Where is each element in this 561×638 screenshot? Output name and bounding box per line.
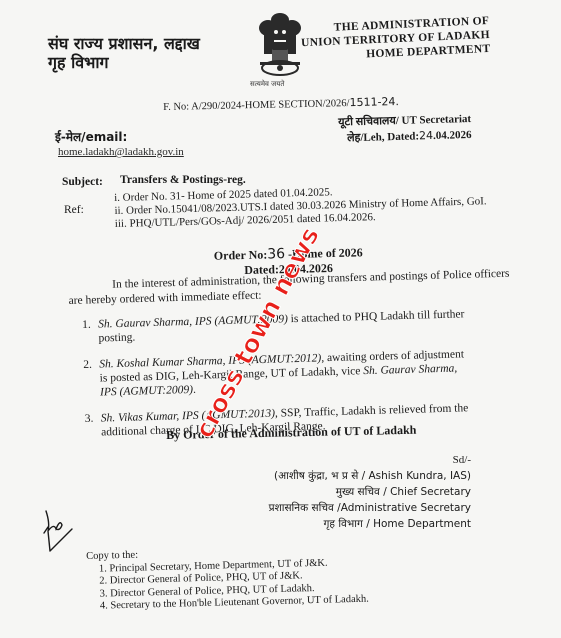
order-number-handwritten: 36 <box>267 246 285 262</box>
ref-label: Ref: <box>64 204 84 216</box>
posting-item: 1. Sh. Gaurav Sharma, IPS (AGMUT:2009) i… <box>82 307 474 346</box>
subject-label: Subject: <box>62 176 103 188</box>
national-emblem-icon <box>252 10 308 82</box>
order-prefix: Order No: <box>214 247 268 262</box>
english-header: THE ADMINISTRATION OF UNION TERRITORY OF… <box>300 14 491 64</box>
subject-value: Transfers & Postings-reg. <box>120 174 246 186</box>
file-number: F. No: A/290/2024-HOME SECTION/2026/1511… <box>163 95 399 113</box>
place-date-line: लेह/Leh, Dated:24.04.2026 <box>338 127 471 146</box>
intro-paragraph: In the interest of administration, the f… <box>68 267 510 309</box>
reference-list: i. Order No. 31- Home of 2025 dated 01.0… <box>114 182 487 231</box>
file-number-prefix: F. No: A/290/2024-HOME SECTION/2026/ <box>163 98 350 113</box>
date-handwritten: 24 <box>419 129 433 142</box>
posting-item: 2. Sh. Koshal Kumar Sharma, IPS (AGMUT:2… <box>83 347 475 400</box>
item-text: Sh. Gaurav Sharma, IPS (AGMUT:2009) is a… <box>98 307 474 345</box>
item-detail: . <box>193 384 196 396</box>
copy-to-block: Copy to the: Principal Secretary, Home D… <box>86 544 369 614</box>
document-page: संघ राज्य प्रशासन, लद्दाख गृह विभाग सत्य… <box>0 0 561 638</box>
officer-name: Sh. Gaurav Sharma, IPS (AGMUT:2009) <box>98 313 288 330</box>
email-link[interactable]: home.ladakh@ladakh.gov.in <box>58 146 184 158</box>
order-suffix: -Home of 2026 <box>285 245 363 261</box>
signatory-name: (आशीष कुंद्रा, भ प्र से / Ashish Kundra,… <box>269 468 471 484</box>
hindi-header-line-2: गृह विभाग <box>48 53 200 72</box>
handwritten-initials-icon <box>40 505 80 555</box>
signatory-designation-2: प्रशासनिक सचिव /Administrative Secretary <box>269 500 471 516</box>
signatory-designation-3: गृह विभाग / Home Department <box>269 516 471 532</box>
signatory-designation-1: मुख्य सचिव / Chief Secretary <box>269 484 471 500</box>
file-number-handwritten: 1511-24. <box>349 95 399 109</box>
secretariat-block: यूटी सचिवालय/ UT Secretariat लेह/Leh, Da… <box>338 112 472 146</box>
item-text: Sh. Koshal Kumar Sharma, IPS (AGMUT:2012… <box>99 347 475 399</box>
item-number: 2. <box>83 358 100 400</box>
place-date-prefix: लेह/Leh, Dated: <box>347 130 419 144</box>
date-suffix: .04.2026 <box>433 129 472 142</box>
signature-block: Sd/- (आशीष कुंद्रा, भ प्र से / Ashish Ku… <box>269 452 471 532</box>
hindi-header: संघ राज्य प्रशासन, लद्दाख गृह विभाग <box>48 34 200 72</box>
emblem-motto: सत्यमेव जयते <box>250 80 284 89</box>
copy-to-list: Principal Secretary, Home Department, UT… <box>86 556 369 613</box>
hindi-header-line-1: संघ राज्य प्रशासन, लद्दाख <box>48 34 200 53</box>
item-number: 1. <box>82 318 99 346</box>
signature-sd: Sd/- <box>269 452 471 468</box>
email-label: ई-मेल/email: <box>55 128 127 145</box>
item-number: 3. <box>85 412 102 440</box>
